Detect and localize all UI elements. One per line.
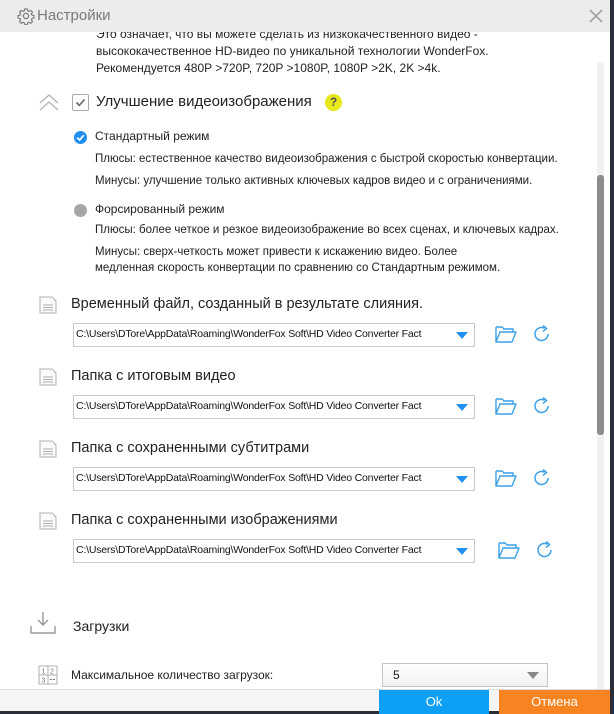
enhancement-section-header: Улучшение видеоизображения ? — [38, 92, 438, 114]
scrollbar-thumb[interactable] — [597, 175, 604, 435]
settings-content: Это означает, что вы можете сделать из н… — [0, 32, 596, 688]
mode-forced: Форсированный режим Плюсы: более четкое … — [74, 202, 594, 272]
settings-window: Настройки Это означает, что вы можете сд… — [0, 0, 610, 711]
window-title: Настройки — [37, 7, 111, 24]
folder-open-icon[interactable] — [495, 325, 517, 343]
folder-row-images: Папка с сохраненными изображениями C:\Us… — [38, 511, 596, 571]
mode-standard: Стандартный режим Плюсы: естественное ка… — [74, 129, 594, 189]
folder-open-icon[interactable] — [495, 397, 517, 415]
title-bar: Настройки — [0, 0, 610, 32]
folder-open-icon[interactable] — [495, 469, 517, 487]
chevron-down-icon — [456, 476, 468, 483]
path-value: C:\Users\DTore\AppData\Roaming\WonderFox… — [76, 400, 451, 412]
path-value: C:\Users\DTore\AppData\Roaming\WonderFox… — [76, 472, 451, 484]
folder-label: Папка с сохраненными изображениями — [71, 512, 338, 528]
mode-cons-cont: медленная скорость конвертации по сравне… — [95, 260, 500, 276]
enhancement-checkbox[interactable] — [72, 94, 89, 111]
chevron-down-icon — [456, 548, 468, 555]
folder-label: Папка с сохраненными субтитрами — [71, 440, 309, 456]
intro-line: Рекомендуется 480P >720P, 720P >1080P, 1… — [96, 60, 576, 77]
mode-title: Стандартный режим — [95, 129, 209, 143]
max-downloads-value: 5 — [393, 668, 400, 682]
intro-line: Это означает, что вы можете сделать из н… — [96, 32, 576, 43]
enhancement-intro: Это означает, что вы можете сделать из н… — [96, 32, 576, 77]
downloads-title: Загрузки — [73, 618, 129, 634]
refresh-icon[interactable] — [532, 324, 552, 344]
downloads-section-header: Загрузки — [30, 610, 330, 640]
path-dropdown[interactable]: C:\Users\DTore\AppData\Roaming\WonderFox… — [73, 539, 475, 563]
svg-text:2: 2 — [50, 669, 54, 676]
path-dropdown[interactable]: C:\Users\DTore\AppData\Roaming\WonderFox… — [73, 395, 475, 419]
folder-row-merge-temp: Временный файл, созданный в результате с… — [38, 295, 596, 355]
folder-row-subtitles: Папка с сохраненными субтитрами C:\Users… — [38, 439, 596, 499]
chevron-down-icon — [527, 672, 539, 679]
checkmark-icon — [75, 97, 86, 108]
document-icon — [38, 295, 58, 315]
refresh-icon[interactable] — [532, 396, 552, 416]
mode-pros: Плюсы: естественное качество видеоизобра… — [95, 151, 558, 167]
folder-label: Временный файл, созданный в результате с… — [71, 296, 423, 312]
max-downloads-row: 1 2 3 Максимальное количество загрузок: … — [38, 665, 558, 688]
vertical-scrollbar[interactable] — [597, 62, 604, 690]
radio-standard-mode[interactable] — [74, 131, 87, 144]
help-icon[interactable]: ? — [325, 94, 342, 111]
check-icon — [74, 131, 87, 144]
folder-label: Папка с итоговым видео — [71, 368, 236, 384]
document-icon — [38, 367, 58, 387]
document-icon — [38, 439, 58, 459]
folder-row-output-video: Папка с итоговым видео C:\Users\DTore\Ap… — [38, 367, 596, 427]
close-icon[interactable] — [587, 7, 605, 25]
max-downloads-dropdown[interactable]: 5 — [382, 663, 548, 687]
mode-pros: Плюсы: более четкое и резкое видеоизобра… — [95, 222, 559, 238]
gear-icon — [17, 7, 35, 25]
path-value: C:\Users\DTore\AppData\Roaming\WonderFox… — [76, 328, 451, 340]
mode-title: Форсированный режим — [95, 202, 225, 216]
cancel-button[interactable]: Отмена — [499, 690, 610, 714]
path-value: C:\Users\DTore\AppData\Roaming\WonderFox… — [76, 544, 451, 556]
radio-forced-mode[interactable] — [74, 204, 87, 217]
numbered-grid-icon: 1 2 3 — [38, 665, 58, 685]
enhancement-title: Улучшение видеоизображения — [96, 93, 312, 110]
path-dropdown[interactable]: C:\Users\DTore\AppData\Roaming\WonderFox… — [73, 323, 475, 347]
refresh-icon[interactable] — [535, 540, 555, 560]
mode-cons: Минусы: улучшение только активных ключев… — [95, 173, 532, 189]
svg-text:1: 1 — [42, 669, 46, 676]
mode-cons: Минусы: сверх-четкость может привести к … — [95, 244, 457, 260]
intro-line: высококачественное HD-видео по уникально… — [96, 43, 576, 60]
max-downloads-label: Максимальное количество загрузок: — [71, 668, 273, 682]
ok-button[interactable]: Ok — [379, 690, 489, 714]
chevron-double-up-icon[interactable] — [38, 92, 60, 114]
chevron-down-icon — [456, 332, 468, 339]
svg-text:3: 3 — [42, 678, 46, 685]
refresh-icon[interactable] — [532, 468, 552, 488]
chevron-down-icon — [456, 404, 468, 411]
document-icon — [38, 511, 58, 531]
path-dropdown[interactable]: C:\Users\DTore\AppData\Roaming\WonderFox… — [73, 467, 475, 491]
download-icon — [30, 610, 56, 636]
folder-open-icon[interactable] — [498, 541, 520, 559]
